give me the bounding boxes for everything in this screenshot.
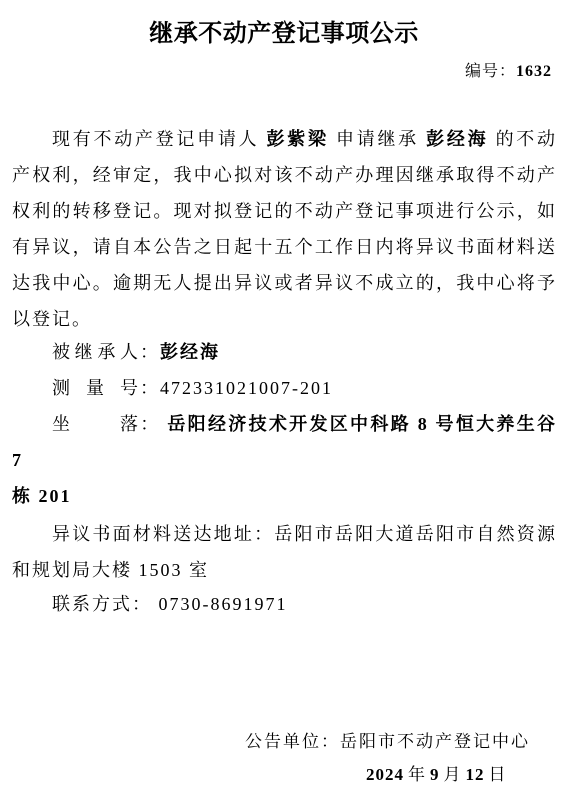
colon: ： bbox=[140, 378, 160, 398]
date-day: 12 bbox=[466, 765, 485, 784]
applicant-name: 彭紫梁 bbox=[267, 129, 329, 149]
date-day-unit: 日 bbox=[489, 765, 507, 784]
paragraph-middle-text: 申请继承 bbox=[329, 129, 426, 149]
date-month: 9 bbox=[430, 765, 440, 784]
notice-document-page: 继承不动产登记事项公示 编号：1632 现有不动产登记申请人 彭紫梁 申请继承 … bbox=[0, 0, 568, 805]
date-year-unit: 年 bbox=[408, 765, 426, 784]
paragraph-lead-text: 现有不动产登记申请人 bbox=[52, 129, 267, 149]
date-month-unit: 月 bbox=[444, 765, 462, 784]
field-value-decedent: 彭经海 bbox=[160, 342, 220, 362]
decedent-name: 彭经海 bbox=[426, 129, 488, 149]
page-title: 继承不动产登记事项公示 bbox=[0, 13, 568, 48]
paragraph-rest-text: 的不动产权利，经审定，我中心拟对该不动产办理因继承取得不动产权利的转移登记。现对… bbox=[12, 129, 557, 329]
field-value-survey-number: 472331021007-201 bbox=[160, 378, 333, 398]
field-row-location: 坐落： 岳阳经济技术开发区中科路 8 号恒大养生谷 7 栋 201 bbox=[12, 406, 557, 514]
field-row-survey-number: 测量号：472331021007-201 bbox=[12, 370, 557, 406]
date-year: 2024 bbox=[366, 765, 404, 784]
field-value-location-line2: 栋 201 bbox=[12, 486, 72, 506]
doc-number: 编号：1632 bbox=[465, 58, 552, 81]
contact-line: 联系方式： 0730-8691971 bbox=[12, 586, 557, 622]
contact-value: 0730-8691971 bbox=[152, 594, 288, 614]
colon: ： bbox=[140, 414, 161, 434]
announcing-unit-name: 岳阳市不动产登记中心 bbox=[340, 732, 530, 751]
field-label-survey-number: 测量号 bbox=[52, 370, 140, 406]
doc-number-value: 1632 bbox=[516, 63, 552, 80]
announcing-unit-line: 公告单位：岳阳市不动产登记中心 bbox=[245, 727, 530, 752]
field-label-decedent: 被继承人 bbox=[52, 334, 140, 370]
objection-address-label: 异议书面材料送达地址： bbox=[52, 524, 274, 544]
announcing-unit-label: 公告单位： bbox=[245, 732, 340, 751]
main-paragraph: 现有不动产登记申请人 彭紫梁 申请继承 彭经海 的不动产权利，经审定，我中心拟对… bbox=[12, 121, 557, 337]
announcement-date: 2024年9月12日 bbox=[366, 760, 511, 785]
registration-fields: 被继承人：彭经海 测量号：472331021007-201 坐落： 岳阳经济技术… bbox=[12, 334, 557, 514]
colon: ： bbox=[140, 342, 160, 362]
field-row-decedent: 被继承人：彭经海 bbox=[12, 334, 557, 370]
doc-number-label: 编号： bbox=[465, 63, 516, 80]
contact-label: 联系方式： bbox=[52, 594, 152, 614]
objection-address-paragraph: 异议书面材料送达地址：岳阳市岳阳大道岳阳市自然资源和规划局大楼 1503 室 bbox=[12, 516, 557, 588]
field-label-location: 坐落 bbox=[52, 406, 140, 442]
